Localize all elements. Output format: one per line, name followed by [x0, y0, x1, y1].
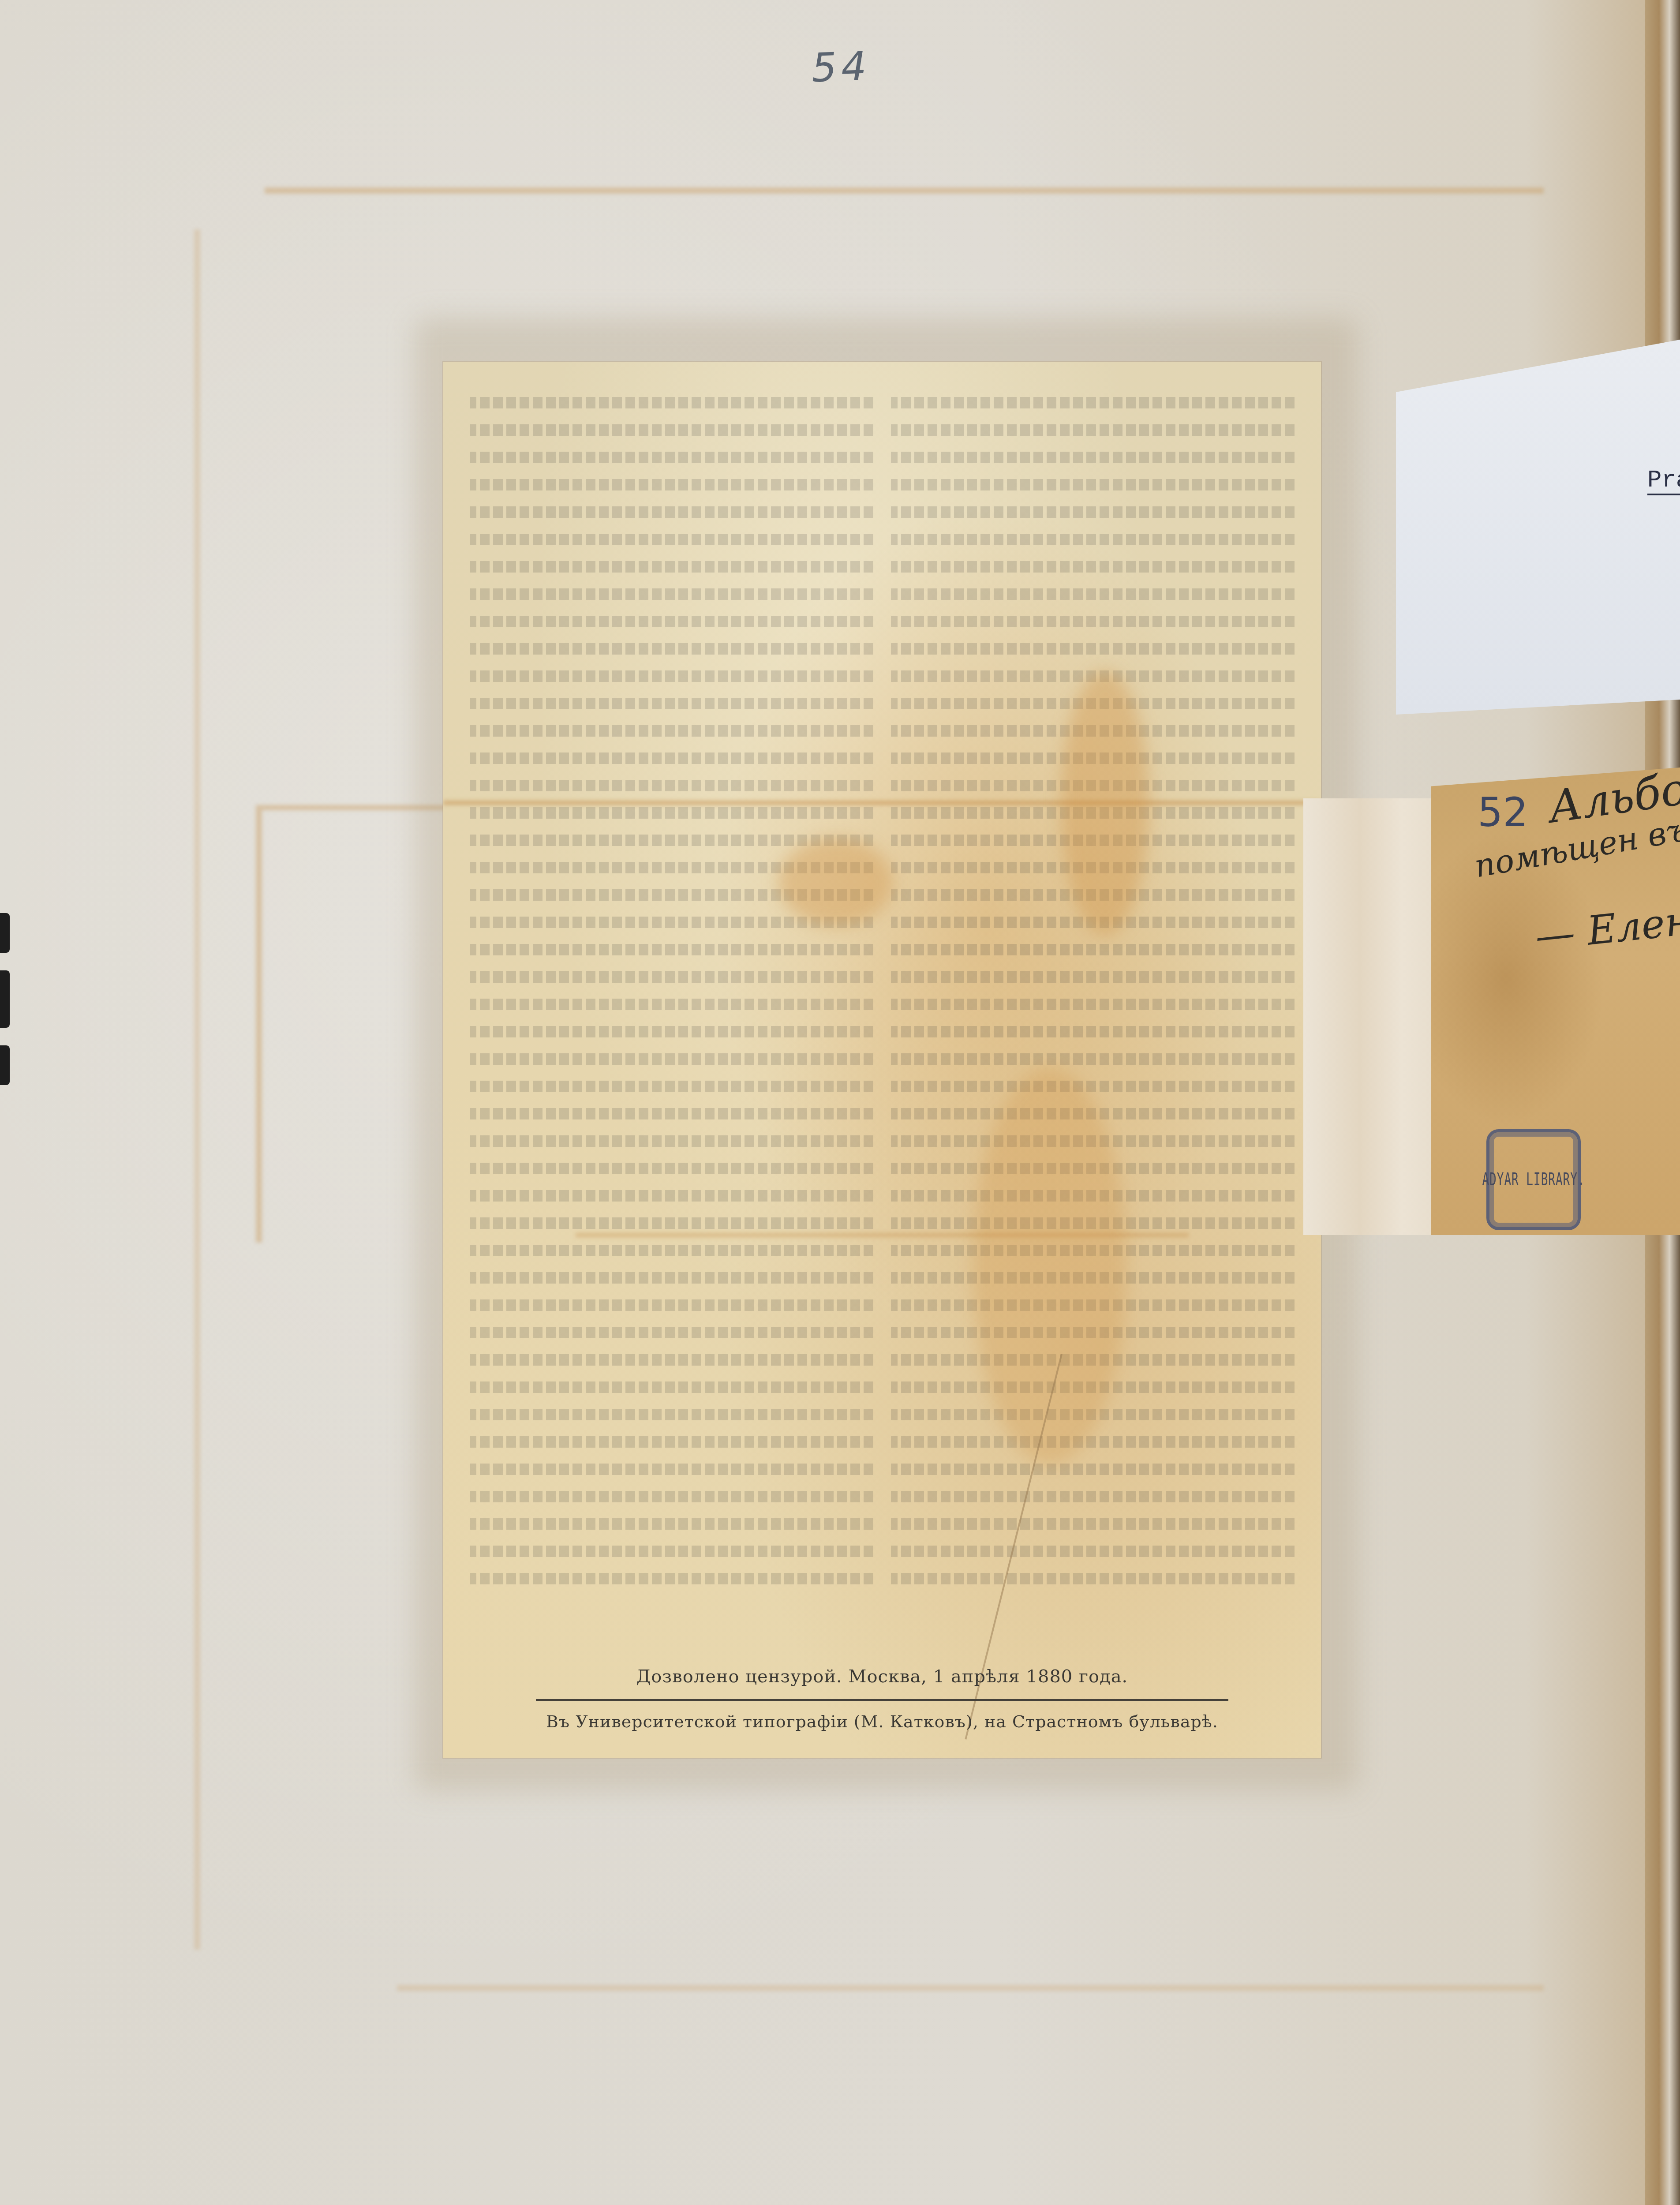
- foxing-top-line: [265, 187, 1544, 194]
- label-number: 52: [1478, 790, 1528, 836]
- printer-line: Въ Университетской типографіи (М. Катков…: [536, 1712, 1228, 1731]
- stamp-text: ADYAR LIBRARY.: [1482, 1170, 1585, 1190]
- page-number: 54: [811, 43, 872, 92]
- horizontal-fold: [443, 801, 1321, 805]
- bleed-column-right: [470, 397, 873, 1599]
- book-tab-2: [0, 970, 10, 1028]
- white-paper-slip: [1396, 340, 1680, 715]
- imprint-rule: [536, 1699, 1228, 1701]
- stain: [778, 838, 893, 926]
- paper-hinge: [1303, 798, 1444, 1235]
- bleed-through-text: [470, 397, 1295, 1599]
- newspaper-clipping: Дозволено цензурой. Москва, 1 апрѣля 188…: [443, 362, 1321, 1758]
- printer-imprint: Дозволено цензурой. Москва, 1 апрѣля 188…: [536, 1666, 1228, 1731]
- foxing-bottom-line: [397, 1985, 1544, 1991]
- foxing-left-line: [194, 229, 200, 1950]
- stain: [1061, 670, 1149, 935]
- slip-typed-text: Pra: [1647, 468, 1680, 495]
- book-tab-1: [0, 913, 10, 953]
- library-stamp: ADYAR LIBRARY.: [1486, 1129, 1581, 1230]
- censorship-line: Дозволено цензурой. Москва, 1 апрѣля 188…: [536, 1666, 1228, 1687]
- book-tab-3: [0, 1045, 10, 1085]
